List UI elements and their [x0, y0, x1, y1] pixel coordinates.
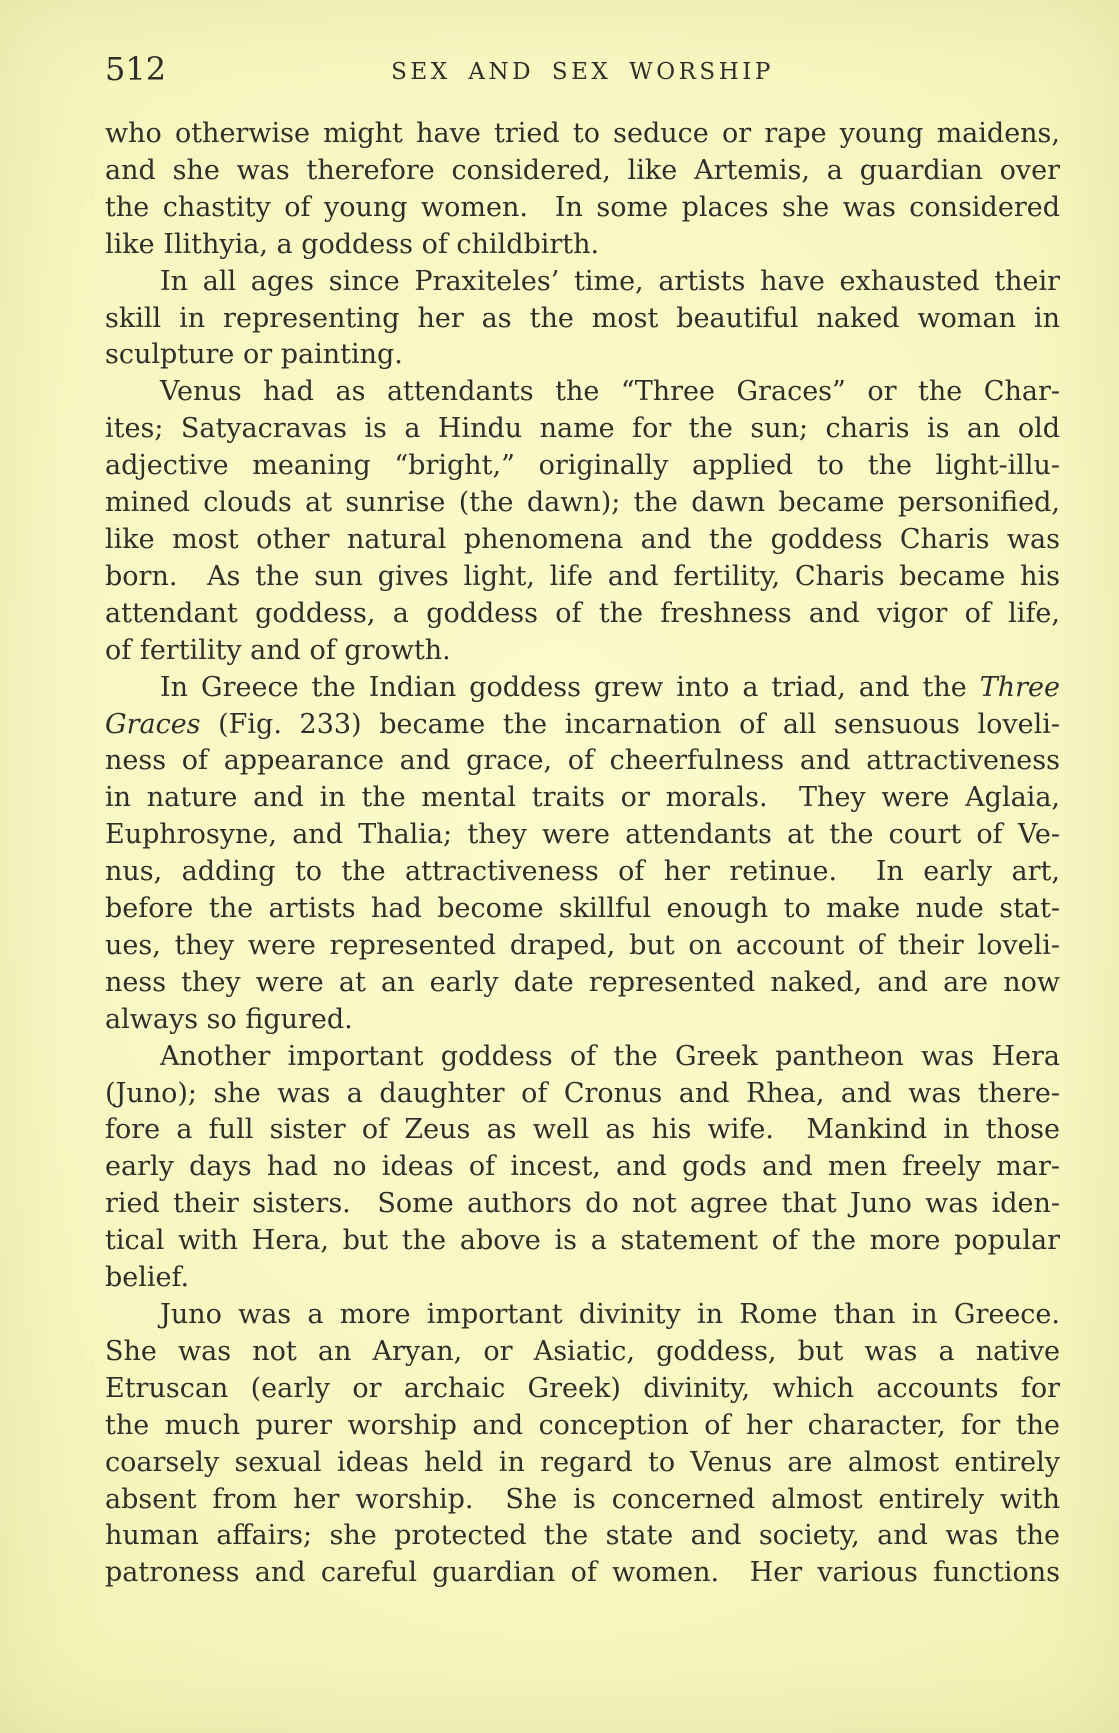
text-segment: ites; Satyacravas is a Hindu name for th…	[105, 413, 1060, 444]
text-line: tical with Hera, but the above is a stat…	[105, 1223, 1060, 1260]
text-segment: Another important goddess of the Greek p…	[160, 1041, 1060, 1072]
text-segment: ried their sisters. Some authors do not …	[105, 1188, 1060, 1219]
text-line: always so figured.	[105, 1002, 1060, 1039]
text-segment: ness of appearance and grace, of cheerfu…	[105, 745, 1060, 776]
text-segment: Venus had as attendants the “Three Grace…	[160, 376, 1060, 407]
text-segment: (Fig. 233) became the incarnation of all…	[201, 709, 1060, 740]
text-segment: (Juno); she was a daughter of Cronus and…	[105, 1078, 1060, 1109]
text-segment: Euphrosyne, and Thalia; they were attend…	[105, 819, 1060, 850]
text-line: Venus had as attendants the “Three Grace…	[105, 374, 1060, 411]
text-line: Euphrosyne, and Thalia; they were attend…	[105, 817, 1060, 854]
text-segment: the much purer worship and conception of…	[105, 1410, 1060, 1441]
text-line: the chastity of young women. In some pla…	[105, 190, 1060, 227]
text-segment: patroness and careful guardian of women.…	[105, 1557, 1060, 1588]
text-line: nus, adding to the attractiveness of her…	[105, 854, 1060, 891]
text-line: born. As the sun gives light, life and f…	[105, 559, 1060, 596]
text-line: and she was therefore considered, like A…	[105, 153, 1060, 190]
book-page: 512 SEX AND SEX WORSHIP who otherwise mi…	[0, 0, 1119, 1733]
text-segment: tical with Hera, but the above is a stat…	[105, 1225, 1060, 1256]
text-segment: who otherwise might have tried to seduce…	[105, 118, 1060, 149]
text-segment: belief.	[105, 1262, 189, 1293]
text-segment: in nature and in the mental traits or mo…	[105, 782, 1060, 813]
text-segment: fore a full sister of Zeus as well as hi…	[105, 1114, 1060, 1145]
text-segment: mined clouds at sunrise (the dawn); the …	[105, 487, 1060, 518]
text-line: adjective meaning “bright,” originally a…	[105, 448, 1060, 485]
text-line: (Juno); she was a daughter of Cronus and…	[105, 1076, 1060, 1113]
text-line: ites; Satyacravas is a Hindu name for th…	[105, 411, 1060, 448]
text-line: belief.	[105, 1260, 1060, 1297]
text-segment: human affairs; she protected the state a…	[105, 1520, 1060, 1551]
text-segment: attendant goddess, a goddess of the fres…	[105, 598, 1060, 629]
italic-text: Graces	[105, 709, 201, 740]
text-line: fore a full sister of Zeus as well as hi…	[105, 1112, 1060, 1149]
text-segment: like most other natural phenomena and th…	[105, 524, 1060, 555]
text-segment: always so figured.	[105, 1004, 353, 1035]
text-line: Juno was a more important divinity in Ro…	[105, 1297, 1060, 1334]
text-line: ried their sisters. Some authors do not …	[105, 1186, 1060, 1223]
text-line: absent from her worship. She is concerne…	[105, 1482, 1060, 1519]
body-text: who otherwise might have tried to seduce…	[105, 116, 1060, 1592]
text-segment: coarsely sexual ideas held in regard to …	[105, 1447, 1060, 1478]
text-segment: of fertility and of growth.	[105, 635, 451, 666]
text-segment: She was not an Aryan, or Asiatic, goddes…	[105, 1336, 1060, 1367]
running-title: SEX AND SEX WORSHIP	[105, 57, 1060, 87]
page-header: 512 SEX AND SEX WORSHIP	[105, 50, 1060, 92]
text-segment: Etruscan (early or archaic Greek) divini…	[105, 1373, 1060, 1404]
text-line: Etruscan (early or archaic Greek) divini…	[105, 1371, 1060, 1408]
text-segment: born. As the sun gives light, life and f…	[105, 561, 1060, 592]
text-line: before the artists had become skillful e…	[105, 891, 1060, 928]
text-segment: early days had no ideas of incest, and g…	[105, 1151, 1060, 1182]
text-line: in nature and in the mental traits or mo…	[105, 780, 1060, 817]
text-line: like most other natural phenomena and th…	[105, 522, 1060, 559]
text-line: ness they were at an early date represen…	[105, 965, 1060, 1002]
text-segment: and she was therefore considered, like A…	[105, 155, 1060, 186]
text-segment: absent from her worship. She is concerne…	[105, 1484, 1060, 1515]
text-line: She was not an Aryan, or Asiatic, goddes…	[105, 1334, 1060, 1371]
italic-text: Three	[980, 672, 1060, 703]
text-line: ness of appearance and grace, of cheerfu…	[105, 743, 1060, 780]
text-line: coarsely sexual ideas held in regard to …	[105, 1445, 1060, 1482]
text-line: the much purer worship and conception of…	[105, 1408, 1060, 1445]
text-line: mined clouds at sunrise (the dawn); the …	[105, 485, 1060, 522]
text-line: attendant goddess, a goddess of the fres…	[105, 596, 1060, 633]
text-line: Graces (Fig. 233) became the incarnation…	[105, 707, 1060, 744]
text-segment: skill in representing her as the most be…	[105, 303, 1060, 334]
text-segment: ues, they were represented draped, but o…	[105, 930, 1060, 961]
text-segment: like Ilithyia, a goddess of childbirth.	[105, 229, 599, 260]
text-segment: ness they were at an early date represen…	[105, 967, 1060, 998]
text-line: In all ages since Praxiteles’ time, arti…	[105, 264, 1060, 301]
text-segment: Juno was a more important divinity in Ro…	[160, 1299, 1060, 1330]
text-segment: nus, adding to the attractiveness of her…	[105, 856, 1060, 887]
text-segment: sculpture or painting.	[105, 339, 403, 370]
text-line: who otherwise might have tried to seduce…	[105, 116, 1060, 153]
text-segment: the chastity of young women. In some pla…	[105, 192, 1060, 223]
text-segment: before the artists had become skillful e…	[105, 893, 1060, 924]
text-line: skill in representing her as the most be…	[105, 301, 1060, 338]
text-line: ues, they were represented draped, but o…	[105, 928, 1060, 965]
text-line: like Ilithyia, a goddess of childbirth.	[105, 227, 1060, 264]
text-segment: adjective meaning “bright,” originally a…	[105, 450, 1060, 481]
text-line: of fertility and of growth.	[105, 633, 1060, 670]
text-line: early days had no ideas of incest, and g…	[105, 1149, 1060, 1186]
text-line: Another important goddess of the Greek p…	[105, 1039, 1060, 1076]
text-line: In Greece the Indian goddess grew into a…	[105, 670, 1060, 707]
text-line: human affairs; she protected the state a…	[105, 1518, 1060, 1555]
text-line: sculpture or painting.	[105, 337, 1060, 374]
text-line: patroness and careful guardian of women.…	[105, 1555, 1060, 1592]
text-segment: In all ages since Praxiteles’ time, arti…	[160, 266, 1060, 297]
text-segment: In Greece the Indian goddess grew into a…	[160, 672, 980, 703]
